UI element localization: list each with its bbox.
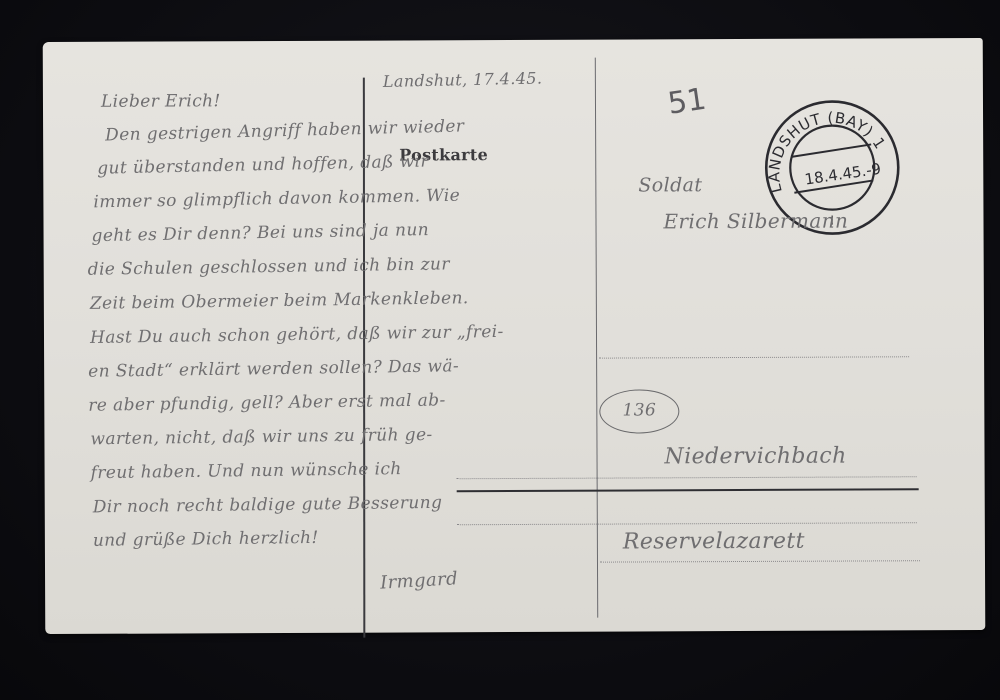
salutation: Lieber Erich! [101,91,221,112]
address-line-town: Niedervichbach [664,444,846,470]
message-line: warten, nicht, daß wir uns zu früh ge- [90,425,432,449]
place-date: Landshut, 17.4.45. [383,68,543,90]
message-line: Den gestrigen Angriff haben wir wieder [105,116,465,145]
message-line: immer so glimpflich davon kommen. Wie [93,186,460,213]
message-line: geht es Dir denn? Bei uns sind ja nun [91,220,429,246]
message-line: freut haben. Und nun wünsche ich [90,459,401,483]
circled-number-text: 136 [622,400,656,420]
message-line: re aber pfundig, gell? Aber erst mal ab- [88,390,446,415]
circled-number: 136 [599,389,679,433]
message-line: und grüße Dich herzlich! [93,528,319,551]
message-line: Hast Du auch schon gehört, daß wir zur „… [90,322,504,348]
message-line: die Schulen geschlossen und ich bin zur [88,254,450,279]
message-line: en Stadt“ erklärt werden sollen? Das wä- [88,356,459,382]
address-dotted-line-1 [599,356,909,358]
message-line: Zeit beim Obermeier beim Markenkleben. [90,288,469,314]
message-body: Den gestrigen Angriff haben wir wieder g… [91,120,613,602]
message-line: Dir noch recht baldige gute Besserung [93,493,443,518]
address-line-hospital: Reservelazarett [623,529,805,555]
address-dotted-line-4 [600,560,920,562]
signature: Irmgard [380,568,459,593]
postcard: Postkarte Landshut, 17.4.45. Lieber Eric… [43,38,986,634]
address-line-name: Erich Silbermann [663,209,848,234]
pencil-annotation-number: 51 [666,82,709,122]
address-line-rank: Soldat [638,174,702,196]
message-line: gut überstanden und hoffen, daß wir [97,151,429,178]
